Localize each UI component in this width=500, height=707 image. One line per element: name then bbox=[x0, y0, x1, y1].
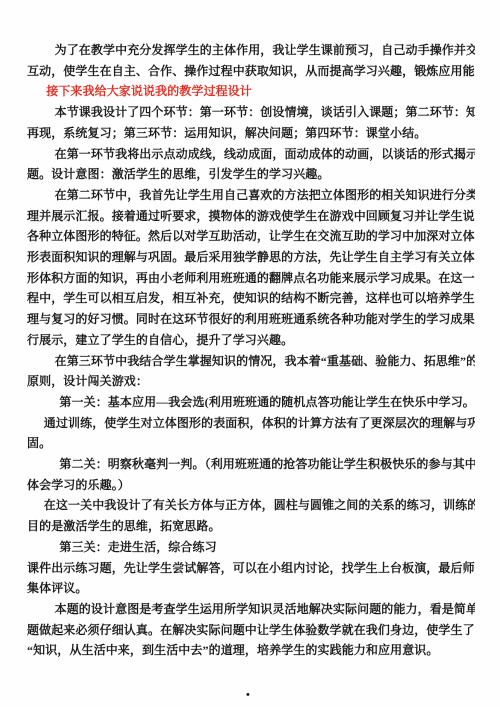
text-line: 第二关：明察秋毫判一判。（利用班班通的抢答功能让学生积极快乐的参与其中， bbox=[27, 454, 475, 475]
text-line: 行展示，建立了学生的自信心，提升了学习兴趣。 bbox=[27, 330, 475, 351]
text-line: 互动，使学生在自主、合作、操作过程中获取知识，从而提高学习兴趣，锻炼应用能力。 bbox=[27, 61, 475, 82]
text-line: 各种立体图形的特征。然后以对学互助活动，让学生在交流互助的学习中加深对立体图 bbox=[27, 226, 475, 247]
text-line: 在第三环节中我结合学生掌握知识的情况，我本着“重基础、验能力、拓思维”的 bbox=[27, 351, 475, 372]
text-line: 为了在教学中充分发挥学生的主体作用，我让学生课前预习，自己动手操作并交流 bbox=[27, 40, 475, 61]
text-line: 集体评议。 bbox=[27, 578, 475, 599]
page-footer-dot: • bbox=[246, 690, 250, 701]
text-line: 形体积方面的知识，再由小老师利用班班通的翻牌点名功能来展示学习成果。在这一过 bbox=[27, 268, 475, 289]
text-line: 在这一关中我设计了有关长方体与正方体，圆柱与圆锥之间的关系的练习，训练的 bbox=[27, 495, 475, 516]
text-line: 第三关：走进生活，综合练习 bbox=[27, 537, 475, 558]
text-line: 本节课我设计了四个环节：第一环节：创设情境，谈话引入课题；第二环节：知识 bbox=[27, 102, 475, 123]
text-line: 程中，学生可以相互启发，相互补充，使知识的结构不断完善，这样也可以培养学生整 bbox=[27, 288, 475, 309]
text-line: 通过训练，使学生对立体图形的表面积，体积的计算方法有了更深层次的理解与巩 bbox=[27, 413, 475, 434]
text-line: 第一关：基本应用—我会选(利用班班通的随机点答功能让学生在快乐中学习。 bbox=[27, 392, 475, 413]
text-line: 体会学习的乐趣。） bbox=[27, 475, 475, 496]
text-line: 在第二环节中，我首先让学生用自己喜欢的方法把立体图形的相关知识进行分类整 bbox=[27, 185, 475, 206]
document-text: 为了在教学中充分发挥学生的主体作用，我让学生课前预习，自己动手操作并交流互动，使… bbox=[27, 40, 475, 661]
text-line: 本题的设计意图是考查学生运用所学知识灵活地解决实际问题的能力，看是简单的 bbox=[27, 599, 475, 620]
text-line: 题做起来必须仔细认真。在解决实际问题中让学生体验数学就在我们身边，使学生了解 bbox=[27, 620, 475, 641]
text-line: 原则，设计闯关游戏： bbox=[27, 371, 475, 392]
text-line: “知识，从生活中来，到生活中去”的道理，培养学生的实践能力和应用意识。 bbox=[27, 640, 475, 661]
section-heading: 接下来我给大家说说我的教学过程设计 bbox=[27, 81, 475, 102]
text-line: 理与复习的好习惯。同时在这环节很好的利用班班通系统各种功能对学生的学习成果进 bbox=[27, 309, 475, 330]
text-line: 题。设计意图：激活学生的思维，引发学生的学习兴趣。 bbox=[27, 164, 475, 185]
text-line: 理并展示汇报。接着通过听要求，摸物体的游戏使学生在游戏中回顾复习并让学生说出 bbox=[27, 206, 475, 227]
text-line: 课件出示练习题，先让学生尝试解答，可以在小组内讨论，找学生上台板演，最后师生 bbox=[27, 558, 475, 579]
text-line: 在第一环节我将出示点动成线，线动成面，面动成体的动画，以谈话的形式揭示课 bbox=[27, 144, 475, 165]
text-line: 目的是激活学生的思维，拓宽思路。 bbox=[27, 516, 475, 537]
text-line: 再现，系统复习；第三环节：运用知识，解决问题；第四环节：课堂小结。 bbox=[27, 123, 475, 144]
document-page: 为了在教学中充分发挥学生的主体作用，我让学生课前预习，自己动手操作并交流互动，使… bbox=[0, 0, 500, 707]
text-line: 固。 bbox=[27, 433, 475, 454]
text-line: 形表面积知识的理解与巩固。最后采用独学静思的方法，先让学生自主学习有关立体图 bbox=[27, 247, 475, 268]
